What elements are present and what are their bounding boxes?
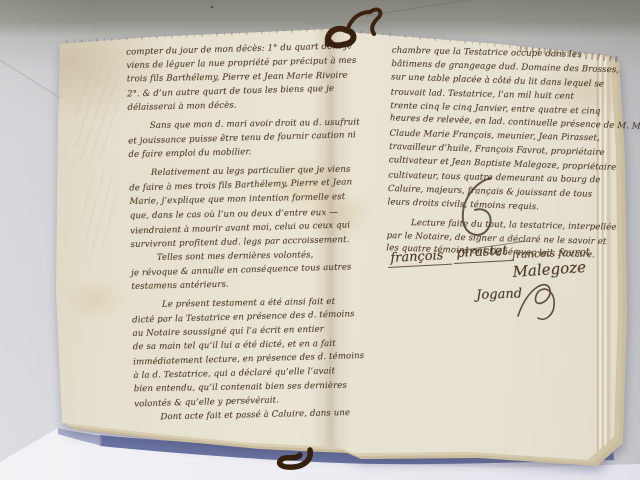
binding-cord-knot bbox=[312, 2, 392, 52]
binding-string-lines bbox=[0, 0, 640, 480]
manuscript-photo: compter du jour de mon décès: 1° du quar… bbox=[0, 0, 640, 480]
binding-cord-end bbox=[272, 446, 316, 480]
